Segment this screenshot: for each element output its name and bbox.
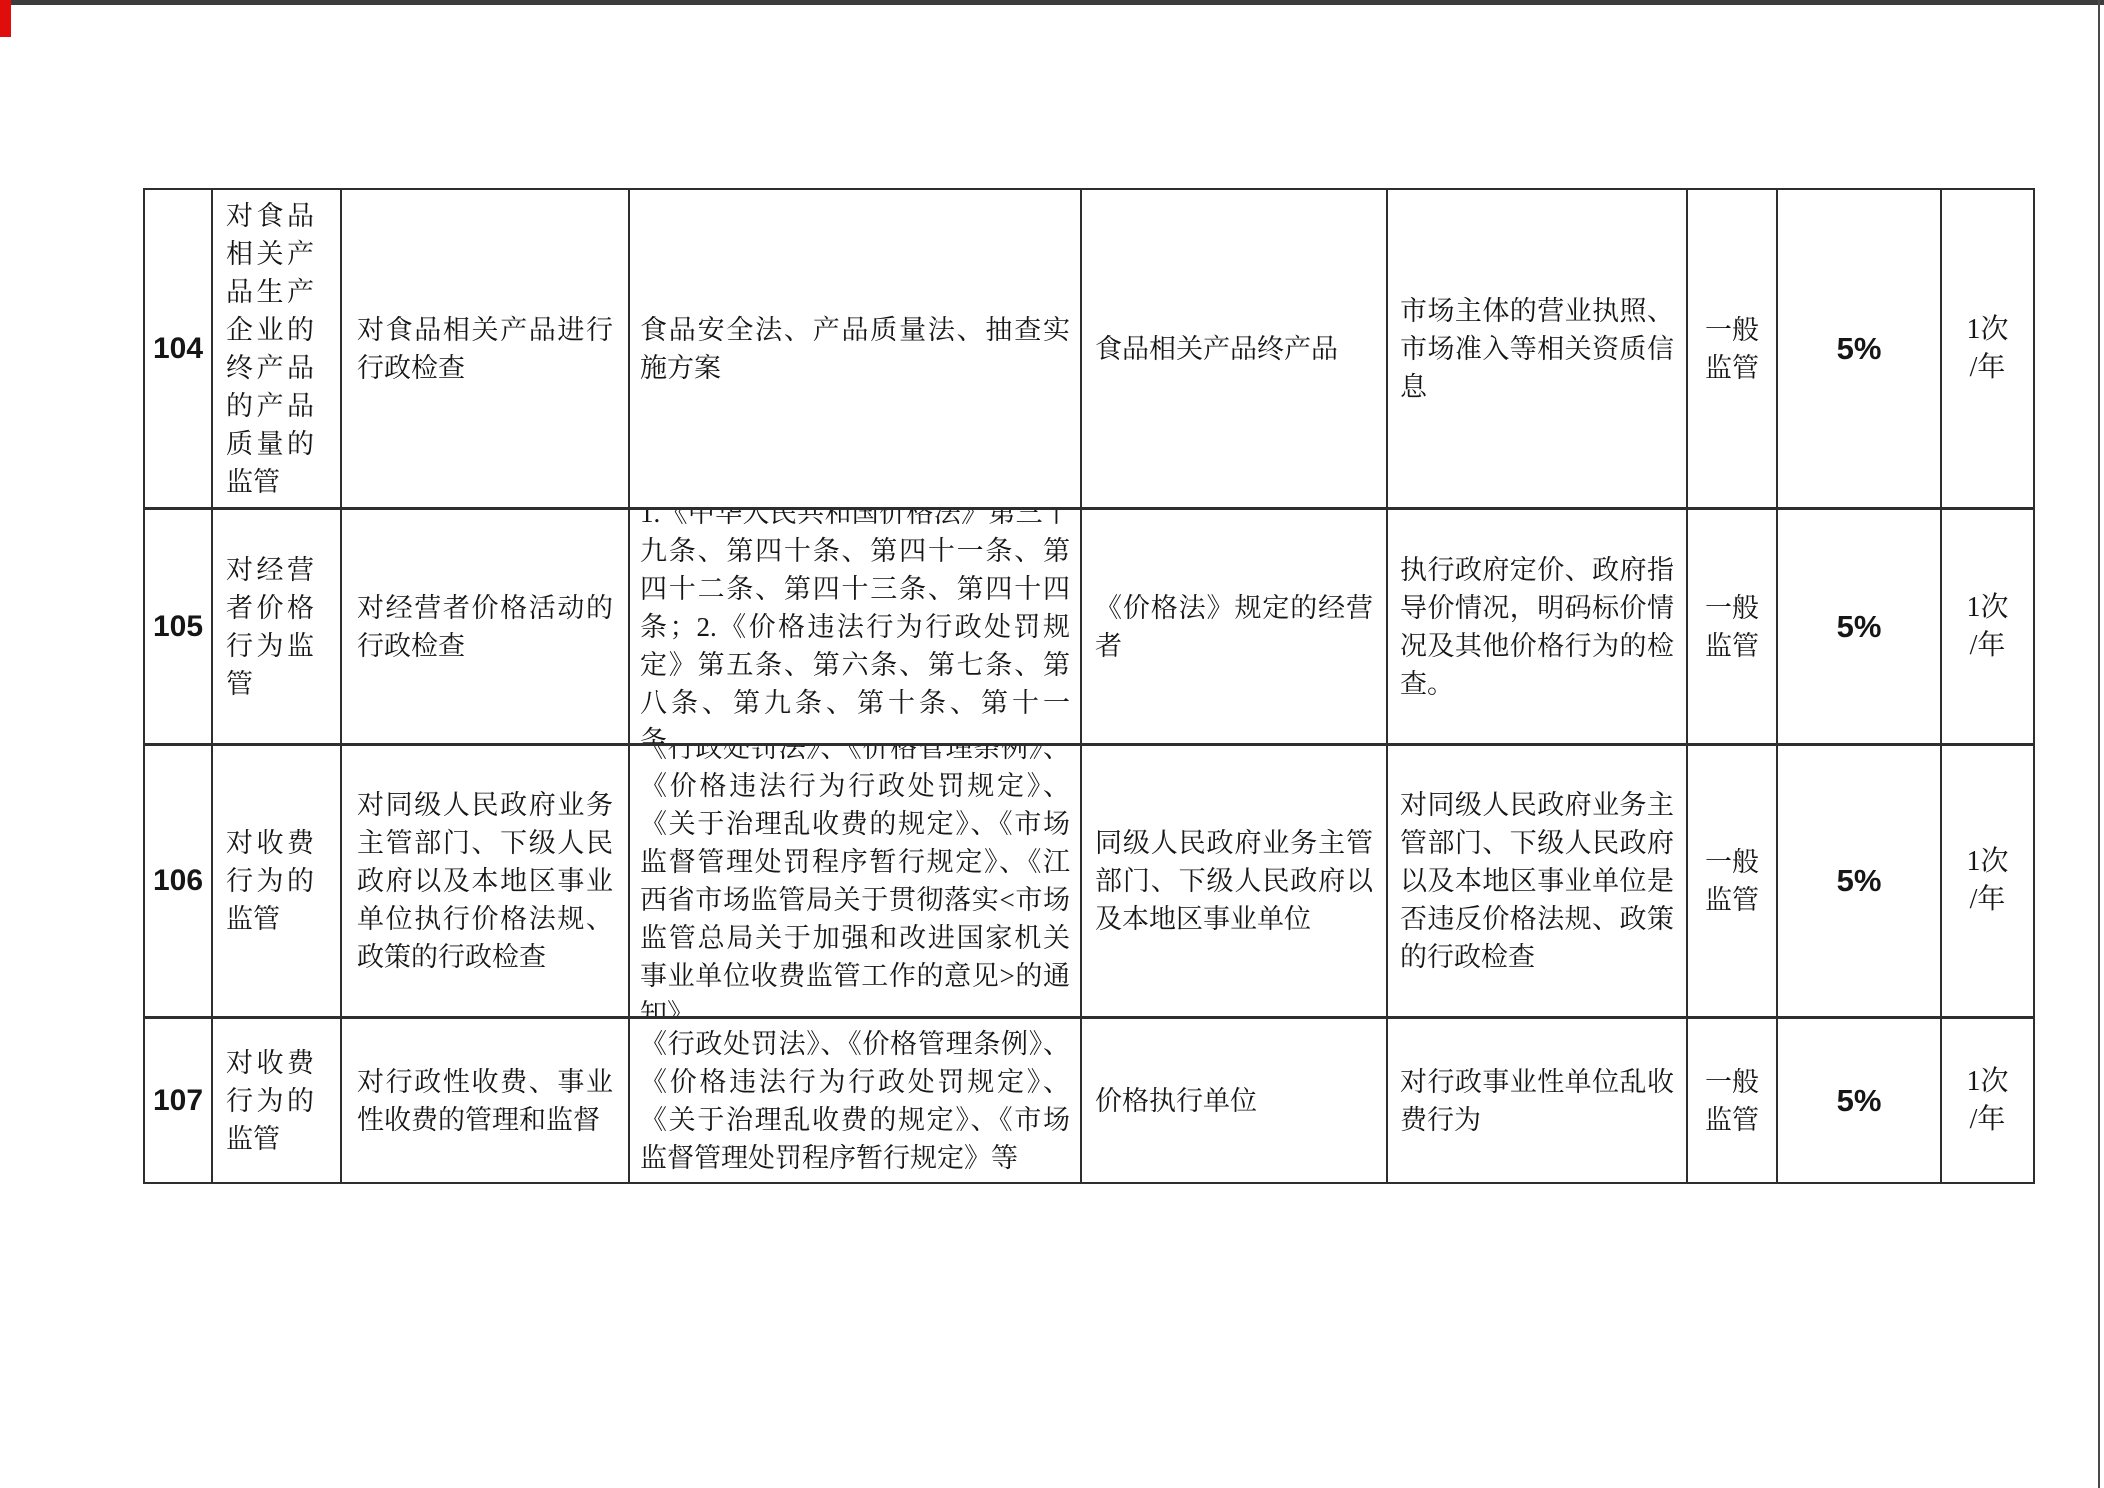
- regulation-table: 104 对食品相关产品生产企业的终产品的产品质量的监管 对食品相关产品进行行政检…: [143, 188, 2035, 1184]
- cell-text: 对收费行为的监管: [226, 1044, 314, 1158]
- cell-text: 价格执行单位: [1095, 1082, 1257, 1120]
- cell-text: 食品相关产品终产品: [1095, 330, 1338, 368]
- row-number-cell: 106: [145, 746, 211, 1016]
- cell-text: 《价格法》规定的经营者: [1095, 589, 1373, 665]
- inspection-item-cell: 对同级人民政府业务主管部门、下级人民政府以及本地区事业单位执行价格法规、政策的行…: [340, 746, 628, 1016]
- supervision-mode-cell: 一般 监管: [1686, 1019, 1776, 1182]
- frequency-cell: 1次 /年: [1940, 190, 2033, 507]
- page-right-edge-line: [2098, 0, 2100, 1488]
- frequency-cell: 1次 /年: [1940, 746, 2033, 1016]
- cell-text: 对行政性收费、事业性收费的管理和监督: [357, 1063, 613, 1139]
- cell-text: 对同级人民政府业务主管部门、下级人民政府以及本地区事业单位是否违反价格法规、政策…: [1400, 786, 1674, 976]
- window-top-edge-bar: [0, 0, 2104, 5]
- cell-text: 执行政府定价、政府指导价情况，明码标价情况及其他价格行为的检查。: [1400, 551, 1674, 703]
- inspection-item-cell: 对行政性收费、事业性收费的管理和监督: [340, 1019, 628, 1182]
- supervision-mode-cell: 一般 监管: [1686, 190, 1776, 507]
- sampling-ratio-cell: 5%: [1776, 510, 1940, 743]
- cell-text: 对经营者价格行为监管: [226, 551, 314, 703]
- cell-text: 食品安全法、产品质量法、抽查实施方案: [640, 311, 1070, 387]
- cell-text: 对食品相关产品进行行政检查: [357, 311, 613, 387]
- supervision-category-cell: 对食品相关产品生产企业的终产品的产品质量的监管: [211, 190, 340, 507]
- legal-basis-cell: 《行政处罚法》、《价格管理条例》、《价格违法行为行政处罚规定》、《关于治理乱收费…: [628, 746, 1080, 1016]
- sampling-ratio-cell: 5%: [1776, 1019, 1940, 1182]
- cell-text: 《行政处罚法》、《价格管理条例》、《价格违法行为行政处罚规定》、《关于治理乱收费…: [640, 1025, 1070, 1177]
- cell-text: 对行政事业性单位乱收费行为: [1400, 1063, 1674, 1139]
- document-page: 104 对食品相关产品生产企业的终产品的产品质量的监管 对食品相关产品进行行政检…: [0, 0, 2104, 1488]
- inspection-target-cell: 食品相关产品终产品: [1080, 190, 1386, 507]
- row-number-cell: 104: [145, 190, 211, 507]
- inspection-content-cell: 市场主体的营业执照、市场准入等相关资质信息: [1386, 190, 1686, 507]
- cell-text: 对同级人民政府业务主管部门、下级人民政府以及本地区事业单位执行价格法规、政策的行…: [357, 786, 613, 976]
- supervision-mode-cell: 一般 监管: [1686, 510, 1776, 743]
- cell-text: 对经营者价格活动的行政检查: [357, 589, 613, 665]
- frequency-cell: 1次 /年: [1940, 510, 2033, 743]
- cell-text: 《行政处罚法》、《价格管理条例》、《价格违法行为行政处罚规定》、《关于治理乱收费…: [640, 746, 1070, 1016]
- cell-text: 对收费行为的监管: [226, 824, 314, 938]
- red-corner-mark: [0, 0, 11, 37]
- inspection-item-cell: 对食品相关产品进行行政检查: [340, 190, 628, 507]
- supervision-category-cell: 对经营者价格行为监管: [211, 510, 340, 743]
- inspection-content-cell: 对行政事业性单位乱收费行为: [1386, 1019, 1686, 1182]
- inspection-item-cell: 对经营者价格活动的行政检查: [340, 510, 628, 743]
- table-row: 104 对食品相关产品生产企业的终产品的产品质量的监管 对食品相关产品进行行政检…: [145, 190, 2033, 507]
- supervision-mode-cell: 一般 监管: [1686, 746, 1776, 1016]
- sampling-ratio-cell: 5%: [1776, 190, 1940, 507]
- table-row: 106 对收费行为的监管 对同级人民政府业务主管部门、下级人民政府以及本地区事业…: [145, 743, 2033, 1016]
- legal-basis-cell: 《行政处罚法》、《价格管理条例》、《价格违法行为行政处罚规定》、《关于治理乱收费…: [628, 1019, 1080, 1182]
- inspection-target-cell: 《价格法》规定的经营者: [1080, 510, 1386, 743]
- inspection-content-cell: 执行政府定价、政府指导价情况，明码标价情况及其他价格行为的检查。: [1386, 510, 1686, 743]
- supervision-category-cell: 对收费行为的监管: [211, 1019, 340, 1182]
- inspection-target-cell: 同级人民政府业务主管部门、下级人民政府以及本地区事业单位: [1080, 746, 1386, 1016]
- table-row: 105 对经营者价格行为监管 对经营者价格活动的行政检查 1.《中华人民共和国价…: [145, 507, 2033, 743]
- row-number-cell: 105: [145, 510, 211, 743]
- cell-text: 对食品相关产品生产企业的终产品的产品质量的监管: [226, 197, 314, 501]
- cell-text: 市场主体的营业执照、市场准入等相关资质信息: [1400, 292, 1674, 406]
- table-row: 107 对收费行为的监管 对行政性收费、事业性收费的管理和监督 《行政处罚法》、…: [145, 1016, 2033, 1182]
- legal-basis-cell: 1.《中华人民共和国价格法》第三十九条、第四十条、第四十一条、第四十二条、第四十…: [628, 510, 1080, 743]
- frequency-cell: 1次 /年: [1940, 1019, 2033, 1182]
- supervision-category-cell: 对收费行为的监管: [211, 746, 340, 1016]
- cell-text: 同级人民政府业务主管部门、下级人民政府以及本地区事业单位: [1095, 824, 1373, 938]
- row-number-cell: 107: [145, 1019, 211, 1182]
- cell-text: 1.《中华人民共和国价格法》第三十九条、第四十条、第四十一条、第四十二条、第四十…: [640, 510, 1070, 743]
- sampling-ratio-cell: 5%: [1776, 746, 1940, 1016]
- inspection-content-cell: 对同级人民政府业务主管部门、下级人民政府以及本地区事业单位是否违反价格法规、政策…: [1386, 746, 1686, 1016]
- inspection-target-cell: 价格执行单位: [1080, 1019, 1386, 1182]
- legal-basis-cell: 食品安全法、产品质量法、抽查实施方案: [628, 190, 1080, 507]
